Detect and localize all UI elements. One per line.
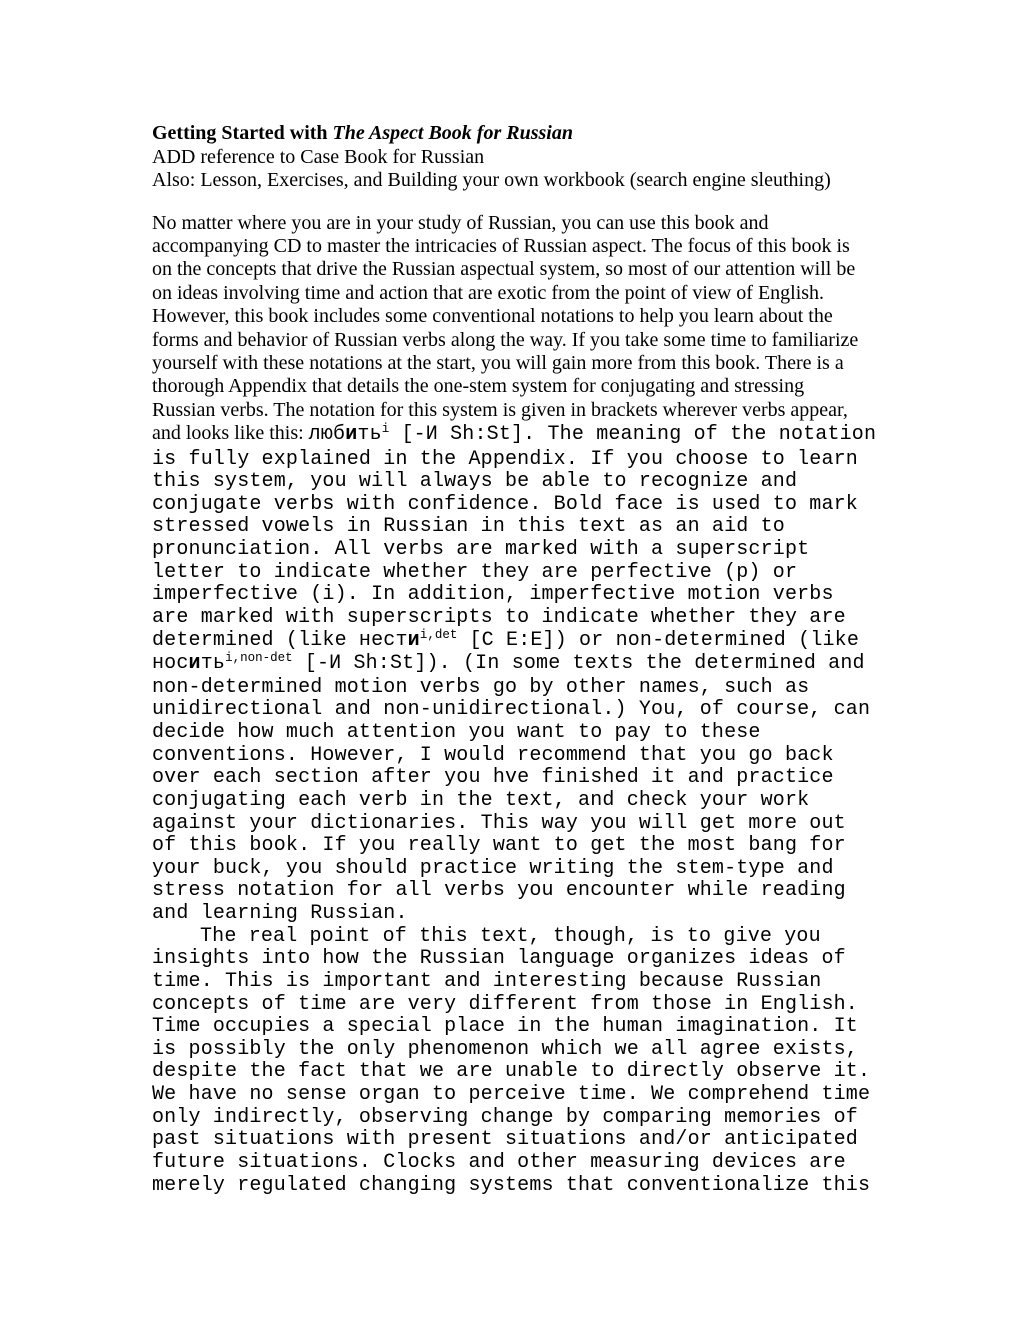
- text-segment: against your dictionaries. This way you …: [152, 812, 846, 835]
- text-line: time. This is important and interesting …: [152, 971, 892, 994]
- text-line: Russian verbs. The notation for this sys…: [152, 399, 892, 422]
- text-line: pronunciation. All verbs are marked with…: [152, 539, 892, 562]
- text-line: conjugate verbs with confidence. Bold fa…: [152, 494, 892, 517]
- text-segment: [C E:E]) or non-determined (like: [457, 629, 859, 652]
- text-line: your buck, you should practice writing t…: [152, 858, 892, 881]
- text-segment: i,det: [420, 628, 458, 642]
- text-segment: only indirectly, observing change by com…: [152, 1106, 858, 1129]
- text-segment: letter to indicate whether they are perf…: [152, 561, 797, 584]
- text-segment: insights into how the Russian language o…: [152, 947, 846, 970]
- text-segment: this system, you will always be able to …: [152, 470, 797, 493]
- text-line: accompanying CD to master the intricacie…: [152, 235, 892, 258]
- text-segment: and looks like this:: [152, 422, 309, 444]
- text-line: yourself with these notations at the sta…: [152, 352, 892, 375]
- text-line: stress notation for all verbs you encoun…: [152, 880, 892, 903]
- text-segment: unidirectional and non-unidirectional.) …: [152, 698, 870, 721]
- text-segment: и: [345, 423, 357, 446]
- text-segment: forms and behavior of Russian verbs alon…: [152, 329, 858, 351]
- text-line: unidirectional and non-unidirectional.) …: [152, 699, 892, 722]
- text-segment: люб: [309, 423, 346, 446]
- text-line: merely regulated changing systems that c…: [152, 1175, 892, 1198]
- text-segment: yourself with these notations at the sta…: [152, 352, 844, 374]
- document-content: Getting Started with The Aspect Book for…: [152, 122, 892, 1197]
- text-segment: и: [189, 652, 201, 675]
- text-line: decide how much attention you want to pa…: [152, 722, 892, 745]
- text-line: is possibly the only phenomenon which we…: [152, 1039, 892, 1062]
- text-line: conventions. However, I would recommend …: [152, 745, 892, 768]
- document-title: Getting Started with The Aspect Book for…: [152, 122, 892, 146]
- text-segment: нос: [152, 652, 189, 675]
- text-segment: merely regulated changing systems that c…: [152, 1174, 870, 1197]
- text-segment: imperfective (i). In addition, imperfect…: [152, 583, 834, 606]
- text-segment: your buck, you should practice writing t…: [152, 857, 834, 880]
- text-segment: is possibly the only phenomenon which we…: [152, 1038, 858, 1061]
- text-line: only indirectly, observing change by com…: [152, 1107, 892, 1130]
- text-segment: of this book. If you really want to get …: [152, 834, 846, 857]
- text-segment: time. This is important and interesting …: [152, 970, 821, 993]
- text-segment: pronunciation. All verbs are marked with…: [152, 538, 809, 561]
- text-segment: conventions. However, I would recommend …: [152, 744, 834, 767]
- text-segment: despite the fact that we are unable to d…: [152, 1060, 870, 1083]
- text-line: Time occupies a special place in the hum…: [152, 1016, 892, 1039]
- text-line: against your dictionaries. This way you …: [152, 813, 892, 836]
- text-segment: We have no sense organ to perceive time.…: [152, 1083, 870, 1106]
- text-line: on ideas involving time and action that …: [152, 282, 892, 305]
- text-segment: over each section after you hve finished…: [152, 766, 834, 789]
- text-segment: и: [408, 629, 420, 652]
- text-line: thorough Appendix that details the one-s…: [152, 375, 892, 398]
- text-line: on the concepts that drive the Russian a…: [152, 258, 892, 281]
- text-line: We have no sense organ to perceive time.…: [152, 1084, 892, 1107]
- text-line: and looks like this: любитьi [-И Sh:St].…: [152, 422, 892, 448]
- text-line: insights into how the Russian language o…: [152, 948, 892, 971]
- text-segment: are marked with superscripts to indicate…: [152, 606, 846, 629]
- text-segment: i,non-det: [225, 651, 293, 665]
- text-line: носитьi,non-det [-И Sh:St]). (In some te…: [152, 653, 892, 677]
- text-segment: No matter where you are in your study of…: [152, 212, 769, 234]
- subtitle-line-2: Also: Lesson, Exercises, and Building yo…: [152, 169, 892, 193]
- document-body: No matter where you are in your study of…: [152, 212, 892, 1198]
- text-line: forms and behavior of Russian verbs alon…: [152, 329, 892, 352]
- text-segment: accompanying CD to master the intricacie…: [152, 235, 850, 257]
- text-line: future situations. Clocks and other meas…: [152, 1152, 892, 1175]
- text-segment: future situations. Clocks and other meas…: [152, 1151, 846, 1174]
- text-segment: The real point of this text, though, is …: [200, 925, 821, 948]
- text-line: is fully explained in the Appendix. If y…: [152, 449, 892, 472]
- text-segment: stress notation for all verbs you encoun…: [152, 879, 846, 902]
- text-segment: past situations with present situations …: [152, 1128, 858, 1151]
- text-segment: However, this book includes some convent…: [152, 305, 833, 327]
- text-line: concepts of time are very different from…: [152, 994, 892, 1017]
- text-line: stressed vowels in Russian in this text …: [152, 516, 892, 539]
- text-segment: stressed vowels in Russian in this text …: [152, 515, 785, 538]
- text-line: are marked with superscripts to indicate…: [152, 607, 892, 630]
- text-segment: and learning Russian.: [152, 902, 408, 925]
- text-segment: concepts of time are very different from…: [152, 993, 858, 1016]
- text-line: imperfective (i). In addition, imperfect…: [152, 584, 892, 607]
- text-line: determined (like нестиi,det [C E:E]) or …: [152, 630, 892, 654]
- text-line: past situations with present situations …: [152, 1129, 892, 1152]
- text-line: letter to indicate whether they are perf…: [152, 562, 892, 585]
- text-line: despite the fact that we are unable to d…: [152, 1061, 892, 1084]
- text-segment: non-determined motion verbs go by other …: [152, 676, 809, 699]
- text-segment: conjugating each verb in the text, and c…: [152, 789, 809, 812]
- text-segment: conjugate verbs with confidence. Bold fa…: [152, 493, 858, 516]
- title-book-name: The Aspect Book for Russian: [333, 122, 573, 144]
- text-line: conjugating each verb in the text, and c…: [152, 790, 892, 813]
- text-segment: on the concepts that drive the Russian a…: [152, 258, 855, 280]
- text-segment: Time occupies a special place in the hum…: [152, 1015, 858, 1038]
- title-prefix: Getting Started with: [152, 122, 333, 144]
- text-segment: on ideas involving time and action that …: [152, 282, 824, 304]
- text-segment: thorough Appendix that details the one-s…: [152, 375, 804, 397]
- text-segment: [-И Sh:St]). (In some texts the determin…: [293, 652, 865, 675]
- text-segment: Russian verbs. The notation for this sys…: [152, 399, 848, 421]
- text-line: of this book. If you really want to get …: [152, 835, 892, 858]
- text-segment: is fully explained in the Appendix. If y…: [152, 448, 858, 471]
- subtitle-line-1: ADD reference to Case Book for Russian: [152, 146, 892, 170]
- text-segment: ть: [357, 423, 381, 446]
- text-segment: ть: [201, 652, 225, 675]
- document-page: Getting Started with The Aspect Book for…: [0, 0, 1020, 1320]
- text-line: over each section after you hve finished…: [152, 767, 892, 790]
- text-segment: decide how much attention you want to pa…: [152, 721, 761, 744]
- text-line: non-determined motion verbs go by other …: [152, 677, 892, 700]
- text-line: this system, you will always be able to …: [152, 471, 892, 494]
- text-line: and learning Russian.: [152, 903, 892, 926]
- text-segment: i: [382, 422, 390, 436]
- text-line: No matter where you are in your study of…: [152, 212, 892, 235]
- text-segment: [-И Sh:St]. The meaning of the notation: [389, 423, 876, 446]
- text-segment: determined (like нест: [152, 629, 408, 652]
- text-line: However, this book includes some convent…: [152, 305, 892, 328]
- text-line: The real point of this text, though, is …: [152, 926, 892, 949]
